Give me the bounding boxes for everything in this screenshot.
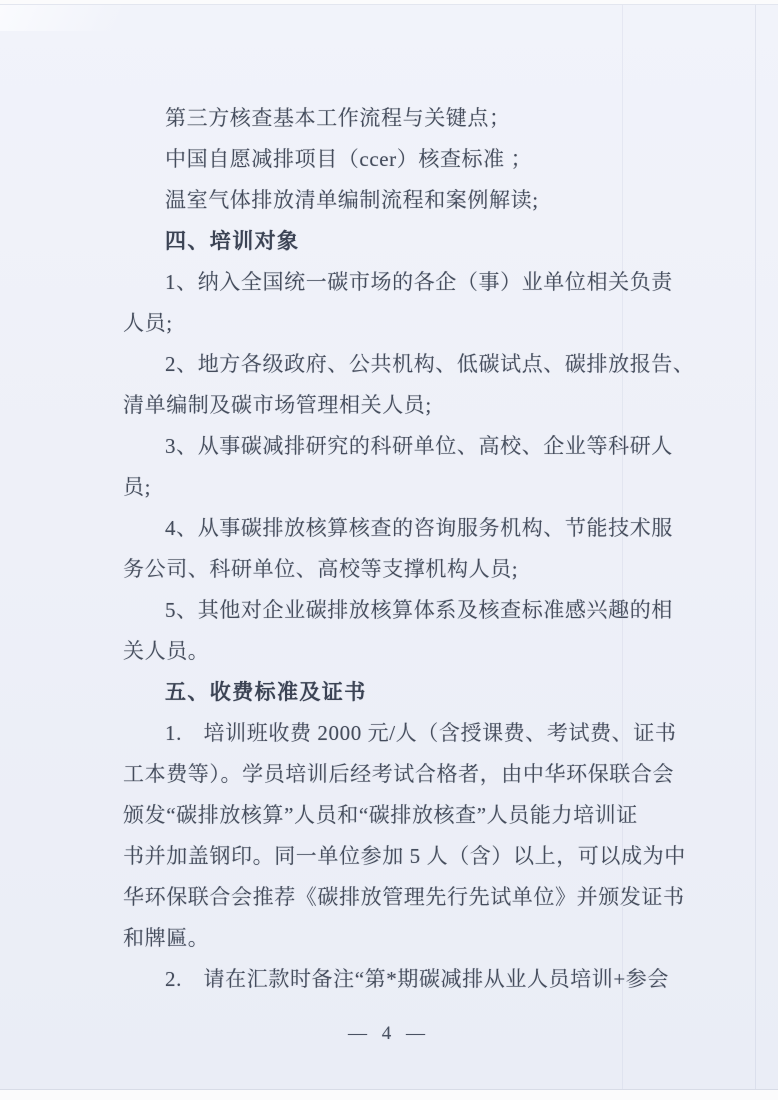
text-line: 务公司、科研单位、高校等支撑机构人员;: [123, 549, 683, 590]
text-line: 第三方核查基本工作流程与关键点；: [123, 98, 683, 139]
text-line: 1. 培训班收费 2000 元/人（含授课费、考试费、证书: [123, 713, 683, 754]
text-line: 工本费等）。学员培训后经考试合格者，由中华环保联合会: [123, 754, 683, 795]
text-line: 清单编制及碳市场管理相关人员;: [123, 385, 683, 426]
text-line: 人员;: [123, 303, 683, 344]
text-line: 2、地方各级政府、公共机构、低碳试点、碳排放报告、: [123, 344, 683, 385]
text-line: 中国自愿减排项目（ccer）核查标准 ；: [123, 139, 683, 180]
text-line: 3、从事碳减排研究的科研单位、高校、企业等科研人: [123, 426, 683, 467]
section-heading: 五、收费标准及证书: [123, 672, 683, 713]
text-line: 关人员。: [123, 631, 683, 672]
text-line: 温室气体排放清单编制流程和案例解读;: [123, 180, 683, 221]
text-line: 4、从事碳排放核算核查的咨询服务机构、节能技术服: [123, 508, 683, 549]
text-line: 华环保联合会推荐《碳排放管理先行先试单位》并颁发证书: [123, 877, 683, 918]
scan-streak: [755, 5, 756, 1089]
page-number: — 4 —: [0, 1023, 778, 1045]
text-line: 5、其他对企业碳排放核算体系及核查标准感兴趣的相: [123, 590, 683, 631]
text-line: 和牌匾。: [123, 918, 683, 959]
text-line: 2. 请在汇款时备注“第*期碳减排从业人员培训+参会: [123, 959, 683, 1000]
text-line: 书并加盖钢印。同一单位参加 5 人（含）以上，可以成为中: [123, 836, 683, 877]
text-line: 1、纳入全国统一碳市场的各企（事）业单位相关负责: [123, 262, 683, 303]
text-line: 颁发“碳排放核算”人员和“碳排放核查”人员能力培训证: [123, 795, 683, 836]
paper-sheet: 第三方核查基本工作流程与关键点；中国自愿减排项目（ccer）核查标准 ；温室气体…: [0, 4, 778, 1090]
document-text: 第三方核查基本工作流程与关键点；中国自愿减排项目（ccer）核查标准 ；温室气体…: [123, 98, 683, 1000]
text-line: 员;: [123, 467, 683, 508]
section-heading: 四、培训对象: [123, 221, 683, 262]
scanned-document: 第三方核查基本工作流程与关键点；中国自愿减排项目（ccer）核查标准 ；温室气体…: [0, 0, 778, 1100]
